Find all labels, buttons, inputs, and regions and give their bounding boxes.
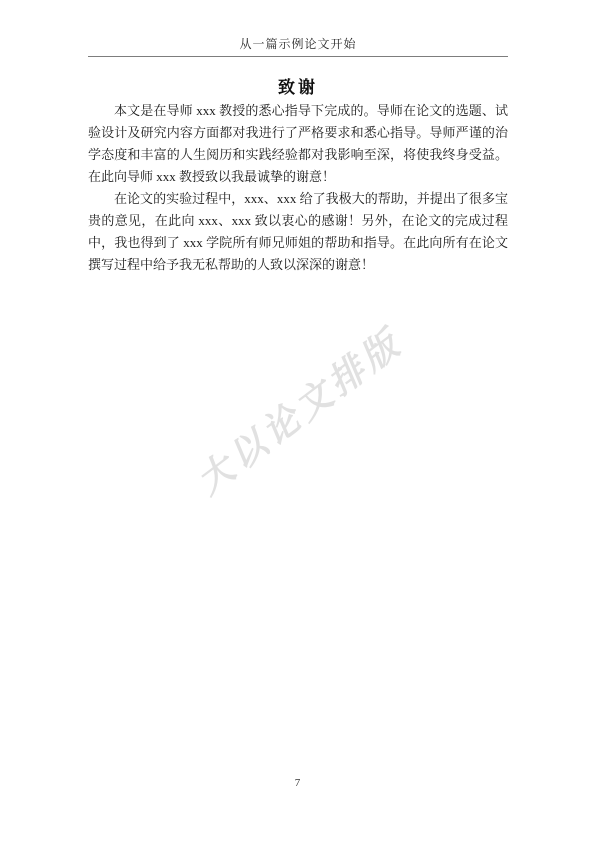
- body-text: 本文是在导师 xxx 教授的悉心指导下完成的。导师在论文的选题、试验设计及研究内…: [88, 100, 508, 276]
- running-title: 从一篇示例论文开始: [239, 37, 356, 51]
- section-title: 致谢: [88, 73, 508, 98]
- paragraph-2: 在论文的实验过程中，xxx、xxx 给了我极大的帮助，并提出了很多宝贵的意见，在…: [88, 188, 508, 276]
- running-header: 从一篇示例论文开始: [88, 35, 508, 57]
- document-page: 从一篇示例论文开始 致谢 本文是在导师 xxx 教授的悉心指导下完成的。导师在论…: [0, 0, 595, 842]
- paragraph-1: 本文是在导师 xxx 教授的悉心指导下完成的。导师在论文的选题、试验设计及研究内…: [88, 100, 508, 188]
- page-number: 7: [0, 777, 595, 789]
- watermark-text: 大以论文排版: [184, 316, 411, 505]
